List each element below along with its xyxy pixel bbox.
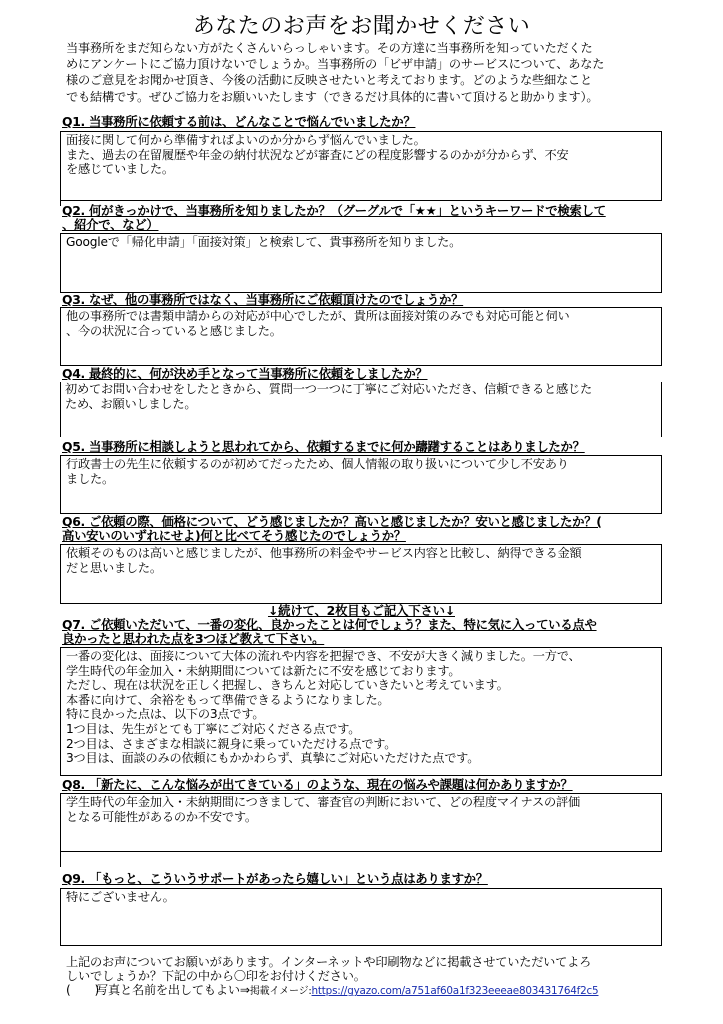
question-5-label: Q5. 当事務所に相談しようと思われてから、依頼するまでに何か躊躇することはあり… [62,440,667,454]
consent-option-label: 写真と名前を出してもよい⇒ [96,983,250,997]
consent-line-1: 上記のお声についてお願いがあります。インターネットや印刷物などに掲載させていただ… [66,955,666,969]
answer-1-box[interactable]: 面接に関して何から準備すればよいのか分からず悩んでいました。 また、過去の在留履… [60,131,662,201]
question-3-label: Q3. なぜ、他の事務所ではなく、当事務所にご依頼頂けたのでしょうか？ [62,293,667,307]
answer-3-box[interactable]: 他の事務所では書類申請からの対応が中心でしたが、貴所は面接対策のみでも対応可能と… [60,307,662,366]
consent-checkbox[interactable]: ( ) [66,983,96,997]
consent-option-row: ( )写真と名前を出してもよい⇒掲載イメージ:https://gyazo.com… [66,983,666,999]
sample-image-link[interactable]: https://gyazo.com/a751af60a1f323eeeae803… [312,985,599,997]
question-9-label: Q9. 「もっと、こういうサポートがあったら嬉しい」という点はありますか？ [62,872,667,886]
question-1-label: Q1. 当事務所に依頼する前は、どんなことで悩んでいましたか？ [62,115,667,129]
question-6-label: Q6. ご依頼の際、価格について、どう感じましたか？高いと感じましたか？安いと感… [62,515,667,543]
q4-left-rule [60,382,61,437]
answer-9-box[interactable]: 特にございません。 [60,888,662,946]
answer-7-box[interactable]: 一番の変化は、面接について大体の流れや内容を把握でき、不安が大きく減りました。一… [60,647,662,776]
question-2-label: Q2. 何がきっかけで、当事務所を知りましたか？（グーグルで「★★」というキーワ… [62,204,667,232]
continue-note: ↓続けて、2枚目もご記入下さい↓ [0,604,723,618]
image-label: 掲載イメージ: [250,986,312,997]
question-4-label: Q4. 最終的に、何が決め手となって当事務所に依頼をしましたか？ [62,367,667,381]
continue-note-text: ↓続けて、2枚目もご記入下さい↓ [268,603,455,618]
question-7-label: Q7. ご依頼いただいて、一番の変化、良かったことは何でしょう？また、特に気に入… [62,618,667,646]
consent-line-2: しいでしょうか？下記の中から〇印をお付けください。 [66,969,666,983]
answer-2-box[interactable]: Googleで「帰化申請」「面接対策」と検索して、貴事務所を知りました。 [60,233,662,293]
survey-title: あなたのお声をお聞かせください [0,14,723,40]
publication-consent: 上記のお声についてお願いがあります。インターネットや印刷物などに掲載させていただ… [66,955,666,1000]
answer-5-box[interactable]: 行政書士の先生に依頼するのが初めてだったため、個人情報の取り扱いについて少し不安… [60,455,662,514]
answer-8-box[interactable]: 学生時代の年金加入・未納期間につきまして、審査官の判断において、どの程度マイナス… [60,793,662,852]
question-8-label: Q8. 「新たに、こんな悩みが出てきている」のような、現在の悩みや課題は何かあり… [62,778,667,792]
intro-text: 当事務所をまだ知らない方がたくさんいらっしゃいます。その方達に当事務所を知ってい… [66,40,666,105]
q8-left-rule [60,851,61,867]
answer-6-box[interactable]: 依頼そのものは高いと感じましたが、他事務所の料金やサービス内容と比較し、納得でき… [60,544,662,604]
q4-right-rule [661,382,662,437]
answer-4-box[interactable]: 初めてお問い合わせをしたときから、質問一つ一つに丁寧にご対応いただき、信頼できる… [60,381,662,439]
q1-left-rule [60,200,61,206]
